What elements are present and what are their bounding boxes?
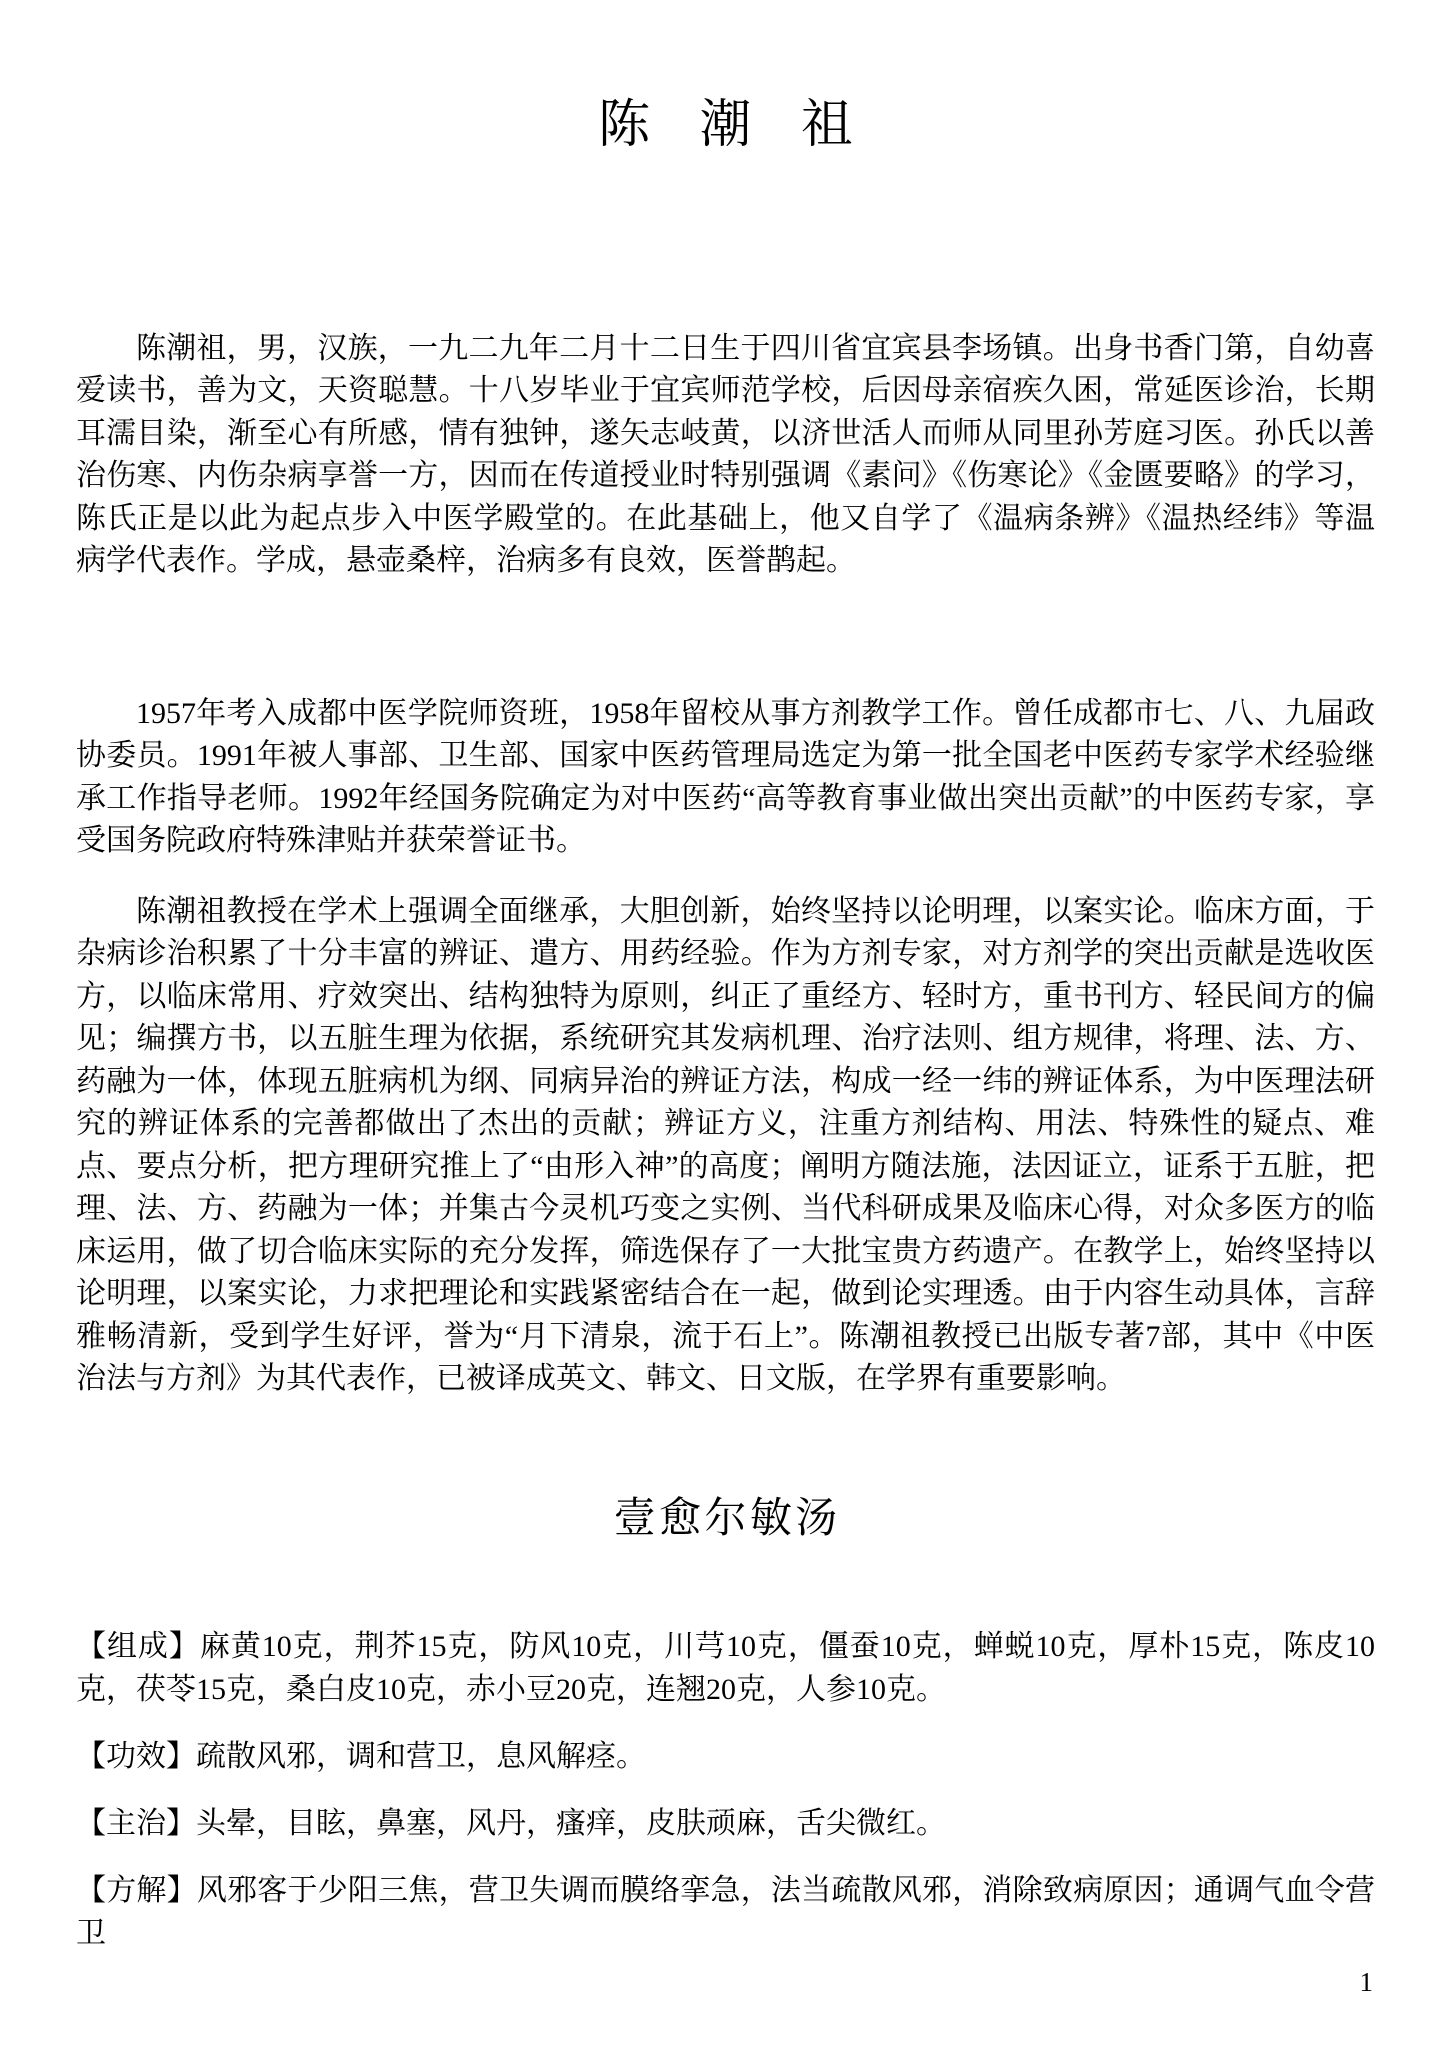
section-text-explanation: 风邪客于少阳三焦，营卫失调而膜络挛急，法当疏散风邪，消除致病原因；通调气血令营卫 xyxy=(76,1874,1375,1950)
section-text-composition: 麻黄10克，荆芥15克，防风10克，川芎10克，僵蚕10克，蝉蜕10克，厚朴15… xyxy=(76,1630,1375,1706)
formula-section-explanation: 【方解】风邪客于少阳三焦，营卫失调而膜络挛急，法当疏散风邪，消除致病原因；通调气… xyxy=(76,1869,1375,1955)
section-label-composition: 【组成】 xyxy=(76,1630,200,1663)
biography-paragraph-2: 1957年考入成都中医学院师资班，1958年留校从事方剂教学工作。曾任成都市七、… xyxy=(76,693,1375,863)
section-label-explanation: 【方解】 xyxy=(76,1874,197,1907)
section-text-indications: 头晕，目眩，鼻塞，风丹，瘙痒，皮肤顽麻，舌尖微红。 xyxy=(196,1807,946,1840)
formula-section-indications: 【主治】头晕，目眩，鼻塞，风丹，瘙痒，皮肤顽麻，舌尖微红。 xyxy=(76,1802,1375,1845)
section-text-effect: 疏散风邪，调和营卫，息风解痉。 xyxy=(196,1740,646,1773)
section-label-indications: 【主治】 xyxy=(76,1807,196,1840)
biography-paragraph-1: 陈潮祖，男，汉族，一九二九年二月十二日生于四川省宜宾县李场镇。出身书香门第，自幼… xyxy=(76,328,1375,583)
page-number: 1 xyxy=(1360,1969,1374,1996)
formula-section-composition: 【组成】麻黄10克，荆芥15克，防风10克，川芎10克，僵蚕10克，蝉蜕10克，… xyxy=(76,1625,1375,1711)
formula-title: 壹愈尔敏汤 xyxy=(76,1495,1375,1543)
formula-sections: 【组成】麻黄10克，荆芥15克，防风10克，川芎10克，僵蚕10克，蝉蜕10克，… xyxy=(76,1625,1375,1955)
formula-section-effect: 【功效】疏散风邪，调和营卫，息风解痉。 xyxy=(76,1735,1375,1778)
page-content: 陈潮祖 陈潮祖，男，汉族，一九二九年二月十二日生于四川省宜宾县李场镇。出身书香门… xyxy=(0,96,1447,1955)
biography-paragraph-3: 陈潮祖教授在学术上强调全面继承，大胆创新，始终坚持以论明理，以案实论。临床方面，… xyxy=(76,891,1375,1401)
biography-title: 陈潮祖 xyxy=(76,96,1375,156)
document-page: 陈潮祖 陈潮祖，男，汉族，一九二九年二月十二日生于四川省宜宾县李场镇。出身书香门… xyxy=(0,0,1447,2048)
section-label-effect: 【功效】 xyxy=(76,1740,196,1773)
